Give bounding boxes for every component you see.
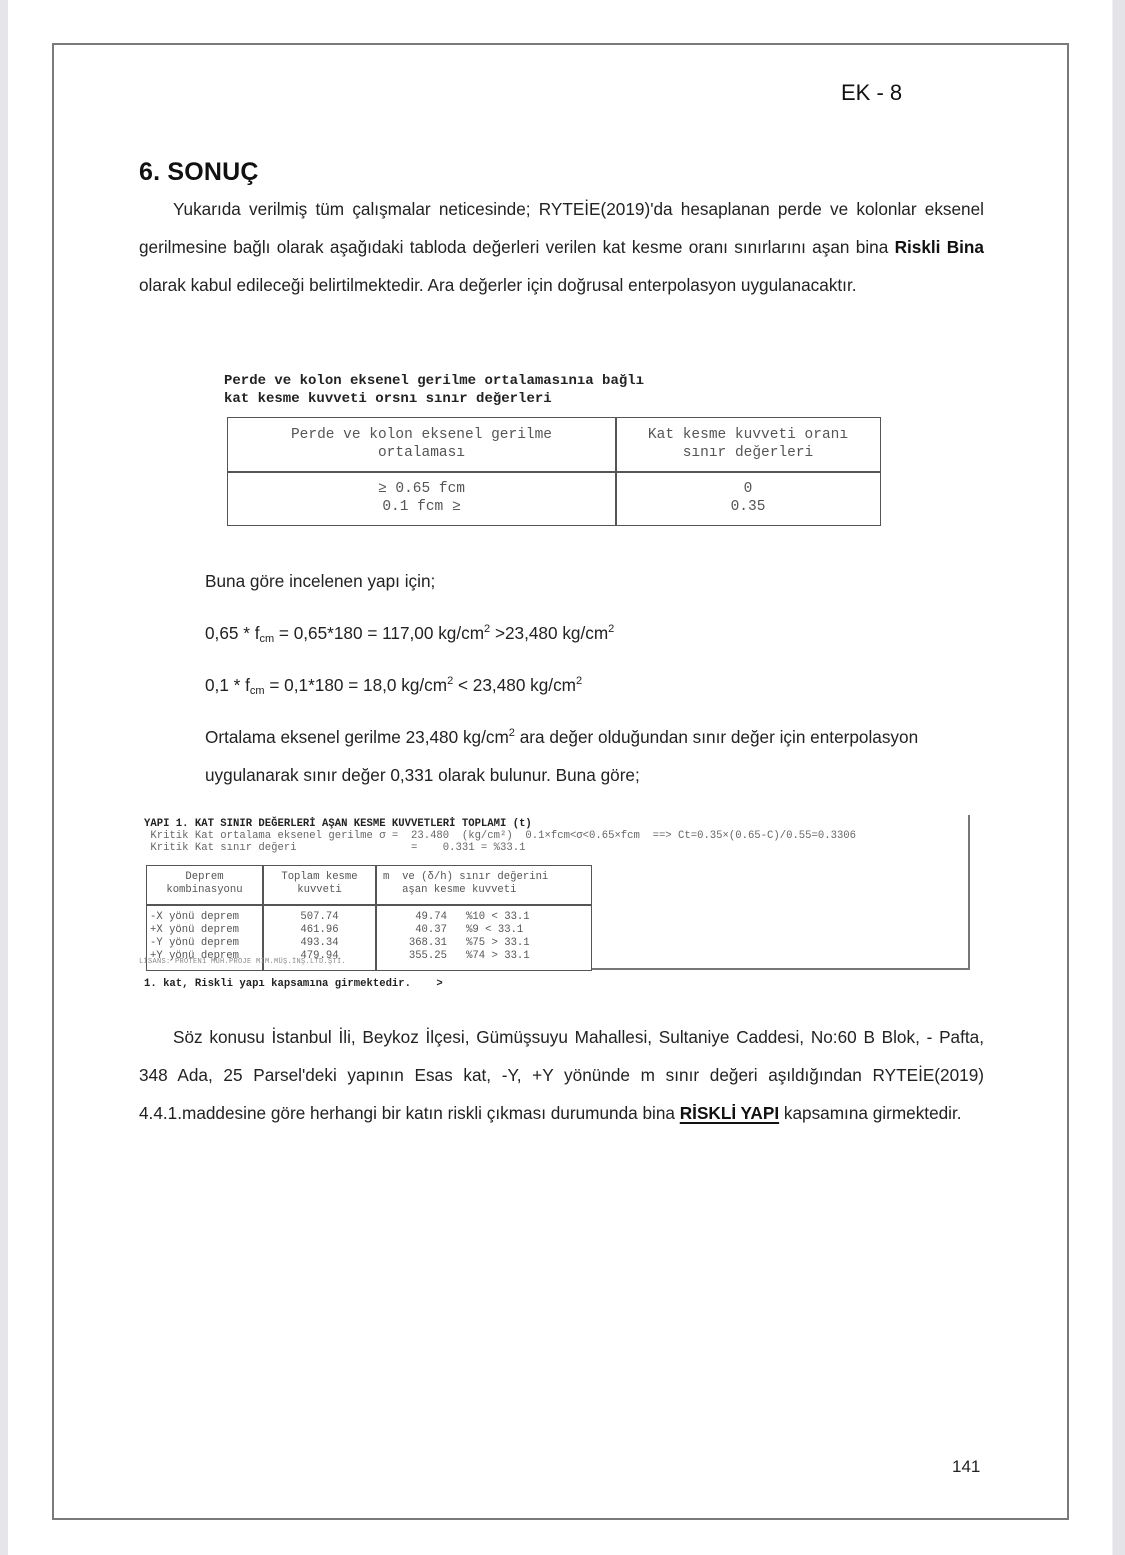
- shear-combination-column: -X yönü deprem +X yönü deprem -Y yönü de…: [150, 911, 239, 963]
- limit-table-header-ratio: Kat kesme kuvveti oranı sınır değerleri: [617, 426, 879, 462]
- intro-paragraph: Yukarıda verilmiş tüm çalışmalar netices…: [139, 190, 984, 304]
- license-stamp: LİSANS: PROTEN1 MÜH.PROJE MİM.MÜŞ.İNŞ.LT…: [139, 958, 346, 966]
- calc-result-line-1: Ortalama eksenel gerilme 23,480 kg/cm2 a…: [205, 727, 918, 748]
- intro-bold-term: Riskli Bina: [895, 237, 984, 257]
- shear-force-report: YAPI 1. KAT SINIR DEĞERLERİ AŞAN KESME K…: [143, 815, 971, 975]
- calc-line-lower: 0,1 * fcm = 0,1*180 = 18,0 kg/cm2 < 23,4…: [205, 675, 582, 697]
- calc-line-upper: 0,65 * fcm = 0,65*180 = 117,00 kg/cm2 >2…: [205, 623, 614, 645]
- conclusion-bold-term: RİSKLİ YAPI: [680, 1103, 779, 1123]
- intro-text-1: Yukarıda verilmiş tüm çalışmalar netices…: [139, 199, 984, 257]
- page-number: 141: [952, 1457, 980, 1477]
- shear-header-exceeding: m ve (δ/h) sınır değerini aşan kesme kuv…: [383, 871, 593, 897]
- limit-table: Perde ve kolon eksenel gerilme ortalamas…: [227, 417, 881, 526]
- shear-report-footer: 1. kat, Riskli yapı kapsamına girmektedi…: [144, 978, 443, 990]
- conclusion-text-2: kapsamına girmektedir.: [779, 1103, 961, 1123]
- viewer-left-edge: [0, 0, 8, 1555]
- limit-table-title: Perde ve kolon eksenel gerilme ortalamas…: [224, 372, 644, 408]
- shear-total-column: 507.74 461.96 493.34 479.94: [264, 911, 375, 963]
- conclusion-paragraph: Söz konusu İstanbul İli, Beykoz İlçesi, …: [139, 1018, 984, 1132]
- limit-table-stress-values: ≥ 0.65 fcm 0.1 fcm ≥: [228, 480, 615, 516]
- limit-table-ratio-values: 0 0.35: [617, 480, 879, 516]
- limit-table-header-stress: Perde ve kolon eksenel gerilme ortalamas…: [228, 426, 615, 462]
- calc-intro: Buna göre incelenen yapı için;: [205, 571, 435, 592]
- shear-header-total: Toplam kesme kuvveti: [264, 871, 375, 897]
- viewer-scrollbar[interactable]: [1112, 0, 1125, 1555]
- shear-table: Deprem kombinasyonu Toplam kesme kuvveti…: [146, 865, 592, 971]
- section-heading: 6. SONUÇ: [139, 158, 259, 187]
- shear-exceeding-column: 49.74 %10 < 33.1 40.37 %9 < 33.1 368.31 …: [387, 911, 587, 963]
- calc-result-line-2: uygulanarak sınır değer 0,331 olarak bul…: [205, 765, 640, 786]
- shear-report-header: YAPI 1. KAT SINIR DEĞERLERİ AŞAN KESME K…: [144, 818, 856, 854]
- intro-text-2: olarak kabul edileceği belirtilmektedir.…: [139, 275, 857, 295]
- annex-label: EK - 8: [841, 80, 902, 106]
- shear-header-combination: Deprem kombinasyonu: [147, 871, 262, 897]
